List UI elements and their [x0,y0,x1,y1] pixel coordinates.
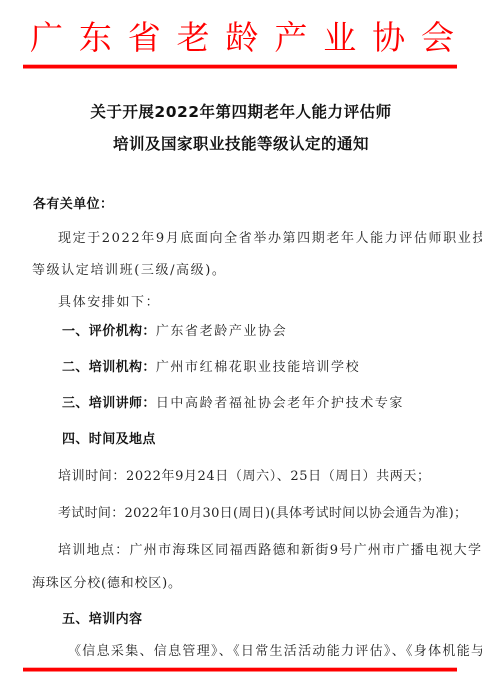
training-location-line-2: 海珠区分校(德和校区)。 [32,572,182,591]
training-location-line-1: 培训地点：广州市海珠区同福西路德和新街9号广州市广播电视大学 [58,539,482,558]
letterhead-char: 产 [274,18,307,58]
section-value: 日中高龄者福祉协会老年介护技术专家 [156,396,404,411]
letterhead-char: 会 [421,18,454,58]
section-value: 广州市红棉花职业技能培训学校 [156,360,360,375]
section-evaluation-body: 一、评价机构：广东省老龄产业协会 [62,320,287,339]
arrangement-intro: 具体安排如下： [58,291,160,310]
section-trainer: 三、培训讲师：日中高龄者福祉协会老年介护技术专家 [62,392,404,411]
letterhead-char: 省 [128,18,161,58]
footer-divider [23,668,457,671]
letterhead-char: 老 [177,18,210,58]
letterhead-char: 协 [372,18,405,58]
document-title-line-1: 关于开展2022年第四期老年人能力评估师 [0,100,482,122]
salutation: 各有关单位： [33,193,113,212]
letterhead-char: 业 [323,18,356,58]
section-training-content-heading: 五、培训内容 [62,608,142,627]
intro-paragraph-line-2: 等级认定培训班(三级/高级)。 [32,259,227,278]
document-page: 广 东 省 老 龄 产 业 协 会 关于开展2022年第四期老年人能力评估师 培… [0,0,482,696]
letterhead-divider-top [23,65,457,68]
letterhead-org-name: 广 东 省 老 龄 产 业 协 会 [30,18,454,58]
training-content-line-1: 《信息采集、信息管理》、《日常生活活动能力评估》、《身体机能与日 [68,640,482,659]
section-label: 四、时间及地点 [62,432,156,447]
section-training-body: 二、培训机构：广州市红棉花职业技能培训学校 [62,356,360,375]
section-label: 五、培训内容 [62,612,142,627]
letterhead-char: 龄 [226,18,259,58]
section-label: 二、培训机构： [62,360,156,375]
training-time: 培训时间：2022年9月24日（周六）、25日（周日）共两天； [58,465,431,484]
document-title-line-2: 培训及国家职业技能等级认定的通知 [0,132,482,154]
section-label: 三、培训讲师： [62,396,156,411]
section-label: 一、评价机构： [62,324,156,339]
section-time-location-heading: 四、时间及地点 [62,428,156,447]
section-value: 广东省老龄产业协会 [156,324,287,339]
exam-time: 考试时间：2022年10月30日(周日)(具体考试时间以协会通告为准)； [58,502,467,521]
letterhead-char: 广 [30,18,63,58]
letterhead-char: 东 [79,18,112,58]
intro-paragraph-line-1: 现定于2022年9月底面向全省举办第四期老年人能力评估师职业技能 [58,227,482,246]
